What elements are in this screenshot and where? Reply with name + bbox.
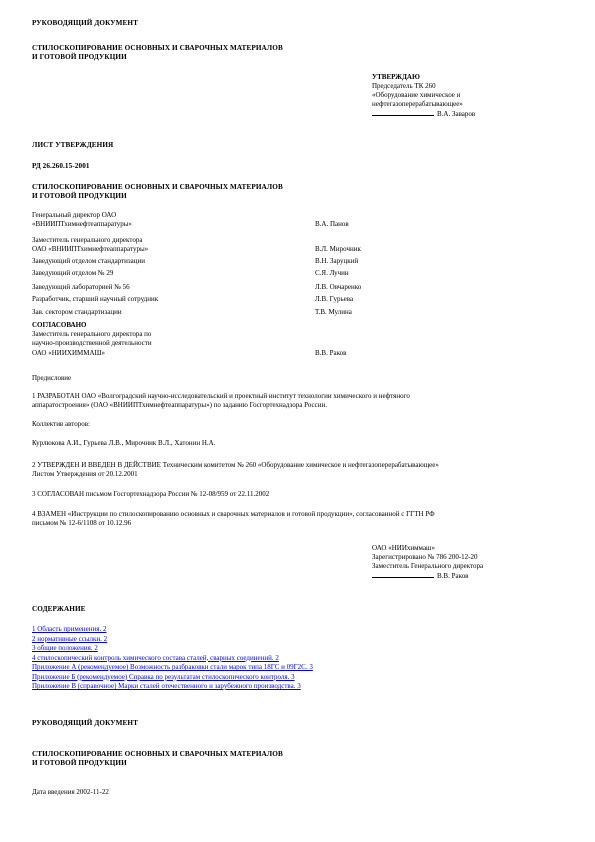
footer-title-line1: СТИЛОСКОПИРОВАНИЕ ОСНОВНЫХ И СВАРОЧНЫХ М… <box>32 750 283 759</box>
signatory-name: В.Л. Мирочник <box>315 245 361 254</box>
signatory-role: Разработчик, старший научный сотрудник <box>32 295 158 304</box>
foreword-p3: 3 СОГЛАСОВАН письмом Госгортехнадзора Ро… <box>32 490 567 499</box>
registration-block: ОАО «НИИхиммаш» Зарегистрировано № 786 2… <box>372 544 483 581</box>
toc-link-appendix-b[interactable]: Приложение Б (рекомендуемое) Справка по … <box>32 673 313 683</box>
foreword-p1-line1: 1 РАЗРАБОТАН ОАО «Волгоградский научно-и… <box>32 392 567 401</box>
signatory-row: Заведующий отделом № 29 С.Я. Лучин <box>32 269 522 278</box>
signatory-name: Т.В. Мулина <box>315 308 352 317</box>
agreed-org: ОАО «НИИХИММАШ» <box>32 349 105 358</box>
signatory-name: С.Я. Лучин <box>315 269 349 278</box>
signatory-row: Зав. сектором стандартизации Т.В. Мулина <box>32 308 522 317</box>
approval-signer: В.А. Заваров <box>437 110 475 118</box>
toc-link-control[interactable]: 4 стилоскопический контроль химического … <box>32 654 313 664</box>
foreword-p1-line2: аппаратостроения» (ОАО «ВНИИПТхимнефтеап… <box>32 401 567 410</box>
document-code: РД 26.260.15-2001 <box>32 162 90 171</box>
agreed-name: В.В. Раков <box>315 349 346 358</box>
approval-line: Председатель ТК 260 <box>372 82 475 91</box>
signatory-name: В.Н. Заруцкий <box>315 257 358 266</box>
signatory-name: В.А. Панов <box>315 220 349 229</box>
toc-link-general[interactable]: 3 общие положения. 2 <box>32 644 313 654</box>
registration-line: ОАО «НИИхиммаш» <box>372 544 483 553</box>
approval-signature: В.А. Заваров <box>372 109 475 119</box>
authors-list: Курлюкова А.И., Гурьева Л.В., Мирочник В… <box>32 439 567 448</box>
footer-document-type: РУКОВОДЯЩИЙ ДОКУМЕНТ <box>32 719 138 728</box>
foreword-p4-line2: письмом № 12-6/1108 от 10.12.96 <box>32 519 567 528</box>
signatory-role: ОАО «ВНИИПТхимнефтеаппаратуры» <box>32 245 148 254</box>
approval-block: УТВЕРЖДАЮ Председатель ТК 260 «Оборудова… <box>372 73 475 119</box>
signatory-row: Генеральный директор ОАО <box>32 211 522 220</box>
footer-title-line2: И ГОТОВОЙ ПРОДУКЦИИ <box>32 759 127 768</box>
approval-sheet-title-line2: И ГОТОВОЙ ПРОДУКЦИИ <box>32 192 127 201</box>
signatory-role: Заведующий отделом стандартизации <box>32 257 145 266</box>
introduction-date: Дата введения 2002-11-22 <box>32 788 109 797</box>
approval-sheet-title-line1: СТИЛОСКОПИРОВАНИЕ ОСНОВНЫХ И СВАРОЧНЫХ М… <box>32 183 283 192</box>
signatory-role: Зав. сектором стандартизации <box>32 308 122 317</box>
foreword-p2-line2: Листом Утверждения от 20.12.2001 <box>32 470 567 479</box>
toc-link-scope[interactable]: 1 Область применения. 2 <box>32 625 313 635</box>
authors-label: Коллектив авторов: <box>32 420 567 429</box>
approval-line: нефтегазоперерабатывающее» <box>372 100 475 109</box>
table-of-contents: 1 Область применения. 2 2 нормативные сс… <box>32 625 313 692</box>
agreed-heading: СОГЛАСОВАНО <box>32 321 87 330</box>
agreed-role: научно-производственной деятельности <box>32 339 152 348</box>
signature-line <box>372 571 434 578</box>
agreed-role: Заместитель генерального директора по <box>32 330 151 339</box>
document-type-heading: РУКОВОДЯЩИЙ ДОКУМЕНТ <box>32 19 138 28</box>
agreed-row: ОАО «НИИХИММАШ» В.В. Раков <box>32 349 522 358</box>
signatory-row: Заместитель генерального директора <box>32 236 522 245</box>
signatory-role: Генеральный директор ОАО <box>32 211 116 220</box>
toc-link-appendix-a[interactable]: Приложение А (рекомендуемое) Возможность… <box>32 663 313 673</box>
toc-link-appendix-c[interactable]: Приложение В (справочное) Марки сталей о… <box>32 682 313 692</box>
signatory-role: Заместитель генерального директора <box>32 236 142 245</box>
signatory-row: Заведующий отделом стандартизации В.Н. З… <box>32 257 522 266</box>
registration-signature: В.В. Раков <box>372 571 483 581</box>
signatory-name: Л.В. Гурьева <box>315 295 353 304</box>
signatory-row: ОАО «ВНИИПТхимнефтеаппаратуры» В.Л. Миро… <box>32 245 522 254</box>
foreword-p2-line1: 2 УТВЕРЖДЕН И ВВЕДЕН В ДЕЙСТВИЕ Техничес… <box>32 461 567 470</box>
agreed-row: Заместитель генерального директора по <box>32 330 522 339</box>
approval-line: «Оборудование химическое и <box>372 91 475 100</box>
agreed-row: научно-производственной деятельности <box>32 339 522 348</box>
document-title-line1: СТИЛОСКОПИРОВАНИЕ ОСНОВНЫХ И СВАРОЧНЫХ М… <box>32 44 283 53</box>
contents-heading: СОДЕРЖАНИЕ <box>32 605 86 614</box>
registration-signer: В.В. Раков <box>437 572 468 580</box>
signatory-role: Заведующий лабораторией № 56 <box>32 283 130 292</box>
approval-heading: УТВЕРЖДАЮ <box>372 73 475 82</box>
foreword-heading: Предисловие <box>32 374 567 383</box>
registration-line: Заместитель Генерального директора <box>372 562 483 571</box>
signatory-name: Л.В. Овчаренко <box>315 283 361 292</box>
toc-link-references[interactable]: 2 нормативные ссылки. 2 <box>32 635 313 645</box>
signatory-role: Заведующий отделом № 29 <box>32 269 113 278</box>
signatory-row: Разработчик, старший научный сотрудник Л… <box>32 295 522 304</box>
registration-line: Зарегистрировано № 786 200-12-20 <box>372 553 483 562</box>
document-title-line2: И ГОТОВОЙ ПРОДУКЦИИ <box>32 53 127 62</box>
signature-line <box>372 109 434 116</box>
signatory-row: «ВНИИПТхимнефтеаппаратуры» В.А. Панов <box>32 220 522 229</box>
signatory-row: Заведующий лабораторией № 56 Л.В. Овчаре… <box>32 283 522 292</box>
foreword-p4-line1: 4 ВЗАМЕН «Инструкции по стилоскопировани… <box>32 510 567 519</box>
signatory-role: «ВНИИПТхимнефтеаппаратуры» <box>32 220 132 229</box>
approval-sheet-heading: ЛИСТ УТВЕРЖДЕНИЯ <box>32 141 113 150</box>
agreed-heading-row: СОГЛАСОВАНО <box>32 321 522 330</box>
